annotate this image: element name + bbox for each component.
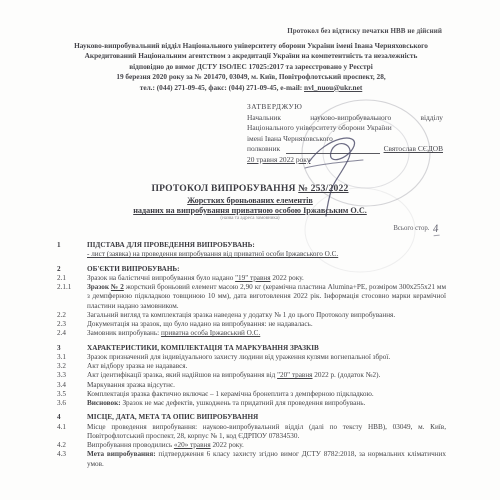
item-2-4: 2.4 Замовник випробувань: приватна особа…	[57, 329, 446, 338]
section-number: 2	[57, 265, 87, 274]
item-4-3: 4.3 Мета випробування: підтвердження 6 к…	[57, 450, 446, 469]
approval-rank: полковник	[247, 144, 280, 155]
item-text-part: Акт ідентифікації зразка, який надійшов …	[87, 371, 277, 379]
section-3-heading: 3 ХАРАКТЕРИСТИКИ, КОМПЛЕКТАЦІЯ ТА МАРКУВ…	[57, 344, 446, 353]
item-text-part: 2022 року.	[271, 274, 304, 282]
approval-block: ЗАТВЕРДЖУЮ Начальник науково-випробуваль…	[247, 102, 443, 166]
sample-label-bold: Зразок	[87, 283, 111, 291]
approval-line1: Начальник науково-випробувального відділ…	[247, 113, 443, 124]
protocol-number: № 253/2022	[298, 183, 348, 194]
purpose-label-bold: Мета випробування:	[87, 450, 156, 458]
item-number: 4.2	[57, 441, 87, 450]
item-text-part: Випробування проводились	[87, 441, 174, 449]
item-text-part: Замовник випробувань:	[87, 329, 161, 337]
item-number: 3.4	[57, 381, 87, 390]
item-text-part: Зразок не має дефектів, ушкоджень та при…	[121, 399, 366, 407]
org-email: nvl_nuou@ukr.net	[304, 83, 362, 92]
section-heading-text: ПІДСТАВА ДЛЯ ПРОВЕДЕННЯ ВИПРОБУВАНЬ:	[87, 241, 446, 250]
item-number: 3.5	[57, 390, 87, 399]
item-number: 3.1	[57, 353, 87, 362]
item-number: 2.1	[57, 274, 87, 283]
conclusion-label-bold: Висновок:	[87, 399, 121, 407]
section-heading-text: ОБ'ЄКТИ ВИПРОБУВАНЬ:	[87, 265, 446, 274]
item-number: 2.3	[57, 320, 87, 329]
section-heading-text: ХАРАКТЕРИСТИКИ, КОМПЛЕКТАЦІЯ ТА МАРКУВАН…	[87, 344, 446, 353]
protocol-title-text: ПРОТОКОЛ ВИПРОБУВАННЯ	[151, 183, 298, 194]
item-text-part: 2022 р. (додаток №2).	[312, 371, 380, 379]
section-number: 1	[57, 241, 87, 250]
item-number: 2.1.1	[57, 283, 87, 311]
validity-notice: Протокол без відтиску печатки НВВ не дій…	[287, 27, 442, 35]
section-2: 2 ОБ'ЄКТИ ВИПРОБУВАНЬ: 2.1 Зразок на бал…	[57, 265, 446, 339]
item-number: 3.2	[57, 362, 87, 371]
item-text: Мета випробування: підтвердження 6 класу…	[87, 450, 446, 469]
item-text: Комплектація зразка фактично включає – 1…	[87, 390, 446, 399]
section-heading-text: МІСЦЕ, ДАТА, МЕТА ТА ОПИС ВИПРОБУВАННЯ	[87, 413, 446, 422]
section-number: 3	[57, 344, 87, 353]
total-pages-label: Всього стор.	[393, 225, 429, 232]
org-header-line2: Акредитований Національним агентством з …	[59, 51, 443, 61]
org-header-line1: Науково-випробувальний відділ Національн…	[59, 41, 443, 51]
item-date-underlined: «20» травня	[174, 441, 211, 449]
approval-label: ЗАТВЕРДЖУЮ	[247, 102, 443, 113]
protocol-subtitle-2: наданих на випробування приватною особою…	[0, 206, 500, 215]
item-text: Замовник випробувань: приватна особа Ірж…	[87, 329, 446, 338]
protocol-subtitle-1: Жорстких броньованих елементів	[0, 196, 500, 205]
protocol-body: 1 ПІДСТАВА ДЛЯ ПРОВЕДЕННЯ ВИПРОБУВАНЬ: -…	[57, 236, 446, 469]
section-1-heading: 1 ПІДСТАВА ДЛЯ ПРОВЕДЕННЯ ВИПРОБУВАНЬ:	[57, 241, 446, 250]
item-text: Акт відбору зразка не надавався.	[87, 362, 446, 371]
item-3-4: 3.4 Маркування зразка відсутнє.	[57, 381, 446, 390]
item-2-1: 2.1 Зразок на балістичні випробування бу…	[57, 274, 446, 283]
item-1-basis: - лист (заявка) на проведення випробуван…	[57, 250, 446, 259]
total-pages-handwritten-value: 4	[432, 223, 439, 237]
section-4-heading: 4 МІСЦЕ, ДАТА, МЕТА ТА ОПИС ВИПРОБУВАННЯ	[57, 413, 446, 422]
item-text: Висновок: Зразок не має дефектів, ушкодж…	[87, 399, 446, 408]
section-1: 1 ПІДСТАВА ДЛЯ ПРОВЕДЕННЯ ВИПРОБУВАНЬ: -…	[57, 241, 446, 260]
org-header-line4: 19 березня 2020 року за № 201470, 03049,…	[59, 72, 443, 82]
approval-date: 20 травня 2022 року	[247, 155, 443, 166]
signature-line	[286, 153, 379, 154]
org-header: Науково-випробувальний відділ Національн…	[59, 41, 443, 93]
item-2-3: 2.3 Документація на зразок, що було нада…	[57, 320, 446, 329]
item-text-part: Зразок на балістичні випробування було н…	[87, 274, 235, 282]
item-3-1: 3.1 Зразок призначений для індивідуально…	[57, 353, 446, 362]
item-3-5: 3.5 Комплектація зразка фактично включає…	[57, 390, 446, 399]
item-date-underlined: "20" травня	[277, 371, 312, 379]
org-contacts-text: тел.: (044) 271-09-45, факс: (044) 271-0…	[140, 83, 304, 92]
item-4-1: 4.1 Місце проведення випробування: науко…	[57, 423, 446, 442]
item-text-part: жорсткий броньовий елемент масою 2,90 кг…	[87, 283, 446, 310]
customer-caption: (назва та адреса замовника)	[0, 216, 500, 221]
sample-number-underlined: № 2	[111, 283, 124, 291]
item-number: 2.2	[57, 311, 87, 320]
approval-line3: імені Івана Черняховського	[247, 134, 443, 145]
org-header-line3: відповідно до вимог ДСТУ ISO/IEC 17025:2…	[59, 62, 443, 72]
approval-name: Святослав СЄДОВ	[384, 144, 443, 155]
item-number: 2.4	[57, 329, 87, 338]
item-text-part: 2022 року.	[211, 441, 244, 449]
section-number: 4	[57, 413, 87, 422]
section-2-heading: 2 ОБ'ЄКТИ ВИПРОБУВАНЬ:	[57, 265, 446, 274]
item-date-underlined: "19" травня	[235, 274, 270, 282]
section-4: 4 МІСЦЕ, ДАТА, МЕТА ТА ОПИС ВИПРОБУВАННЯ…	[57, 413, 446, 469]
item-number	[57, 250, 87, 259]
item-2-1-1: 2.1.1 Зразок № 2 жорсткий броньовий елем…	[57, 283, 446, 311]
approval-signature-row: полковник Святослав СЄДОВ	[247, 144, 443, 155]
total-pages: Всього стор.4	[393, 223, 438, 236]
item-text: Зразок призначений для індивідуального з…	[87, 353, 446, 362]
item-text: Випробування проводились «20» травня 202…	[87, 441, 446, 450]
item-3-2: 3.2 Акт відбору зразка не надавався.	[57, 362, 446, 371]
item-number: 4.3	[57, 450, 87, 469]
item-number: 4.1	[57, 423, 87, 442]
document-title: ПРОТОКОЛ ВИПРОБУВАННЯ № 253/2022 Жорстки…	[0, 183, 500, 221]
item-text: Місце проведення випробування: науково-в…	[87, 423, 446, 442]
item-text: Зразок на балістичні випробування було н…	[87, 274, 446, 283]
item-text: - лист (заявка) на проведення випробуван…	[87, 250, 446, 259]
item-4-2: 4.2 Випробування проводились «20» травня…	[57, 441, 446, 450]
item-number: 3.6	[57, 399, 87, 408]
protocol-title-line: ПРОТОКОЛ ВИПРОБУВАННЯ № 253/2022	[0, 183, 500, 194]
item-text: Документація на зразок, що було надано н…	[87, 320, 446, 329]
customer-name-underlined: приватна особа Іржавський О.С.	[161, 329, 260, 337]
item-text: Зразок № 2 жорсткий броньовий елемент ма…	[87, 283, 446, 311]
org-header-contacts: тел.: (044) 271-09-45, факс: (044) 271-0…	[59, 83, 443, 93]
item-text: Акт ідентифікації зразка, який надійшов …	[87, 371, 446, 380]
item-number: 3.3	[57, 371, 87, 380]
item-text: Маркування зразка відсутнє.	[87, 381, 446, 390]
section-3: 3 ХАРАКТЕРИСТИКИ, КОМПЛЕКТАЦІЯ ТА МАРКУВ…	[57, 344, 446, 409]
scanned-protocol-page: Протокол без відтиску печатки НВВ не дій…	[0, 0, 500, 500]
item-2-2: 2.2 Загальний вигляд та комплектація зра…	[57, 311, 446, 320]
item-3-3: 3.3 Акт ідентифікації зразка, який надій…	[57, 371, 446, 380]
approval-line2: Національного університету оборони Украї…	[247, 123, 443, 134]
item-3-6: 3.6 Висновок: Зразок не має дефектів, уш…	[57, 399, 446, 408]
item-text: Загальний вигляд та комплектація зразка …	[87, 311, 446, 320]
